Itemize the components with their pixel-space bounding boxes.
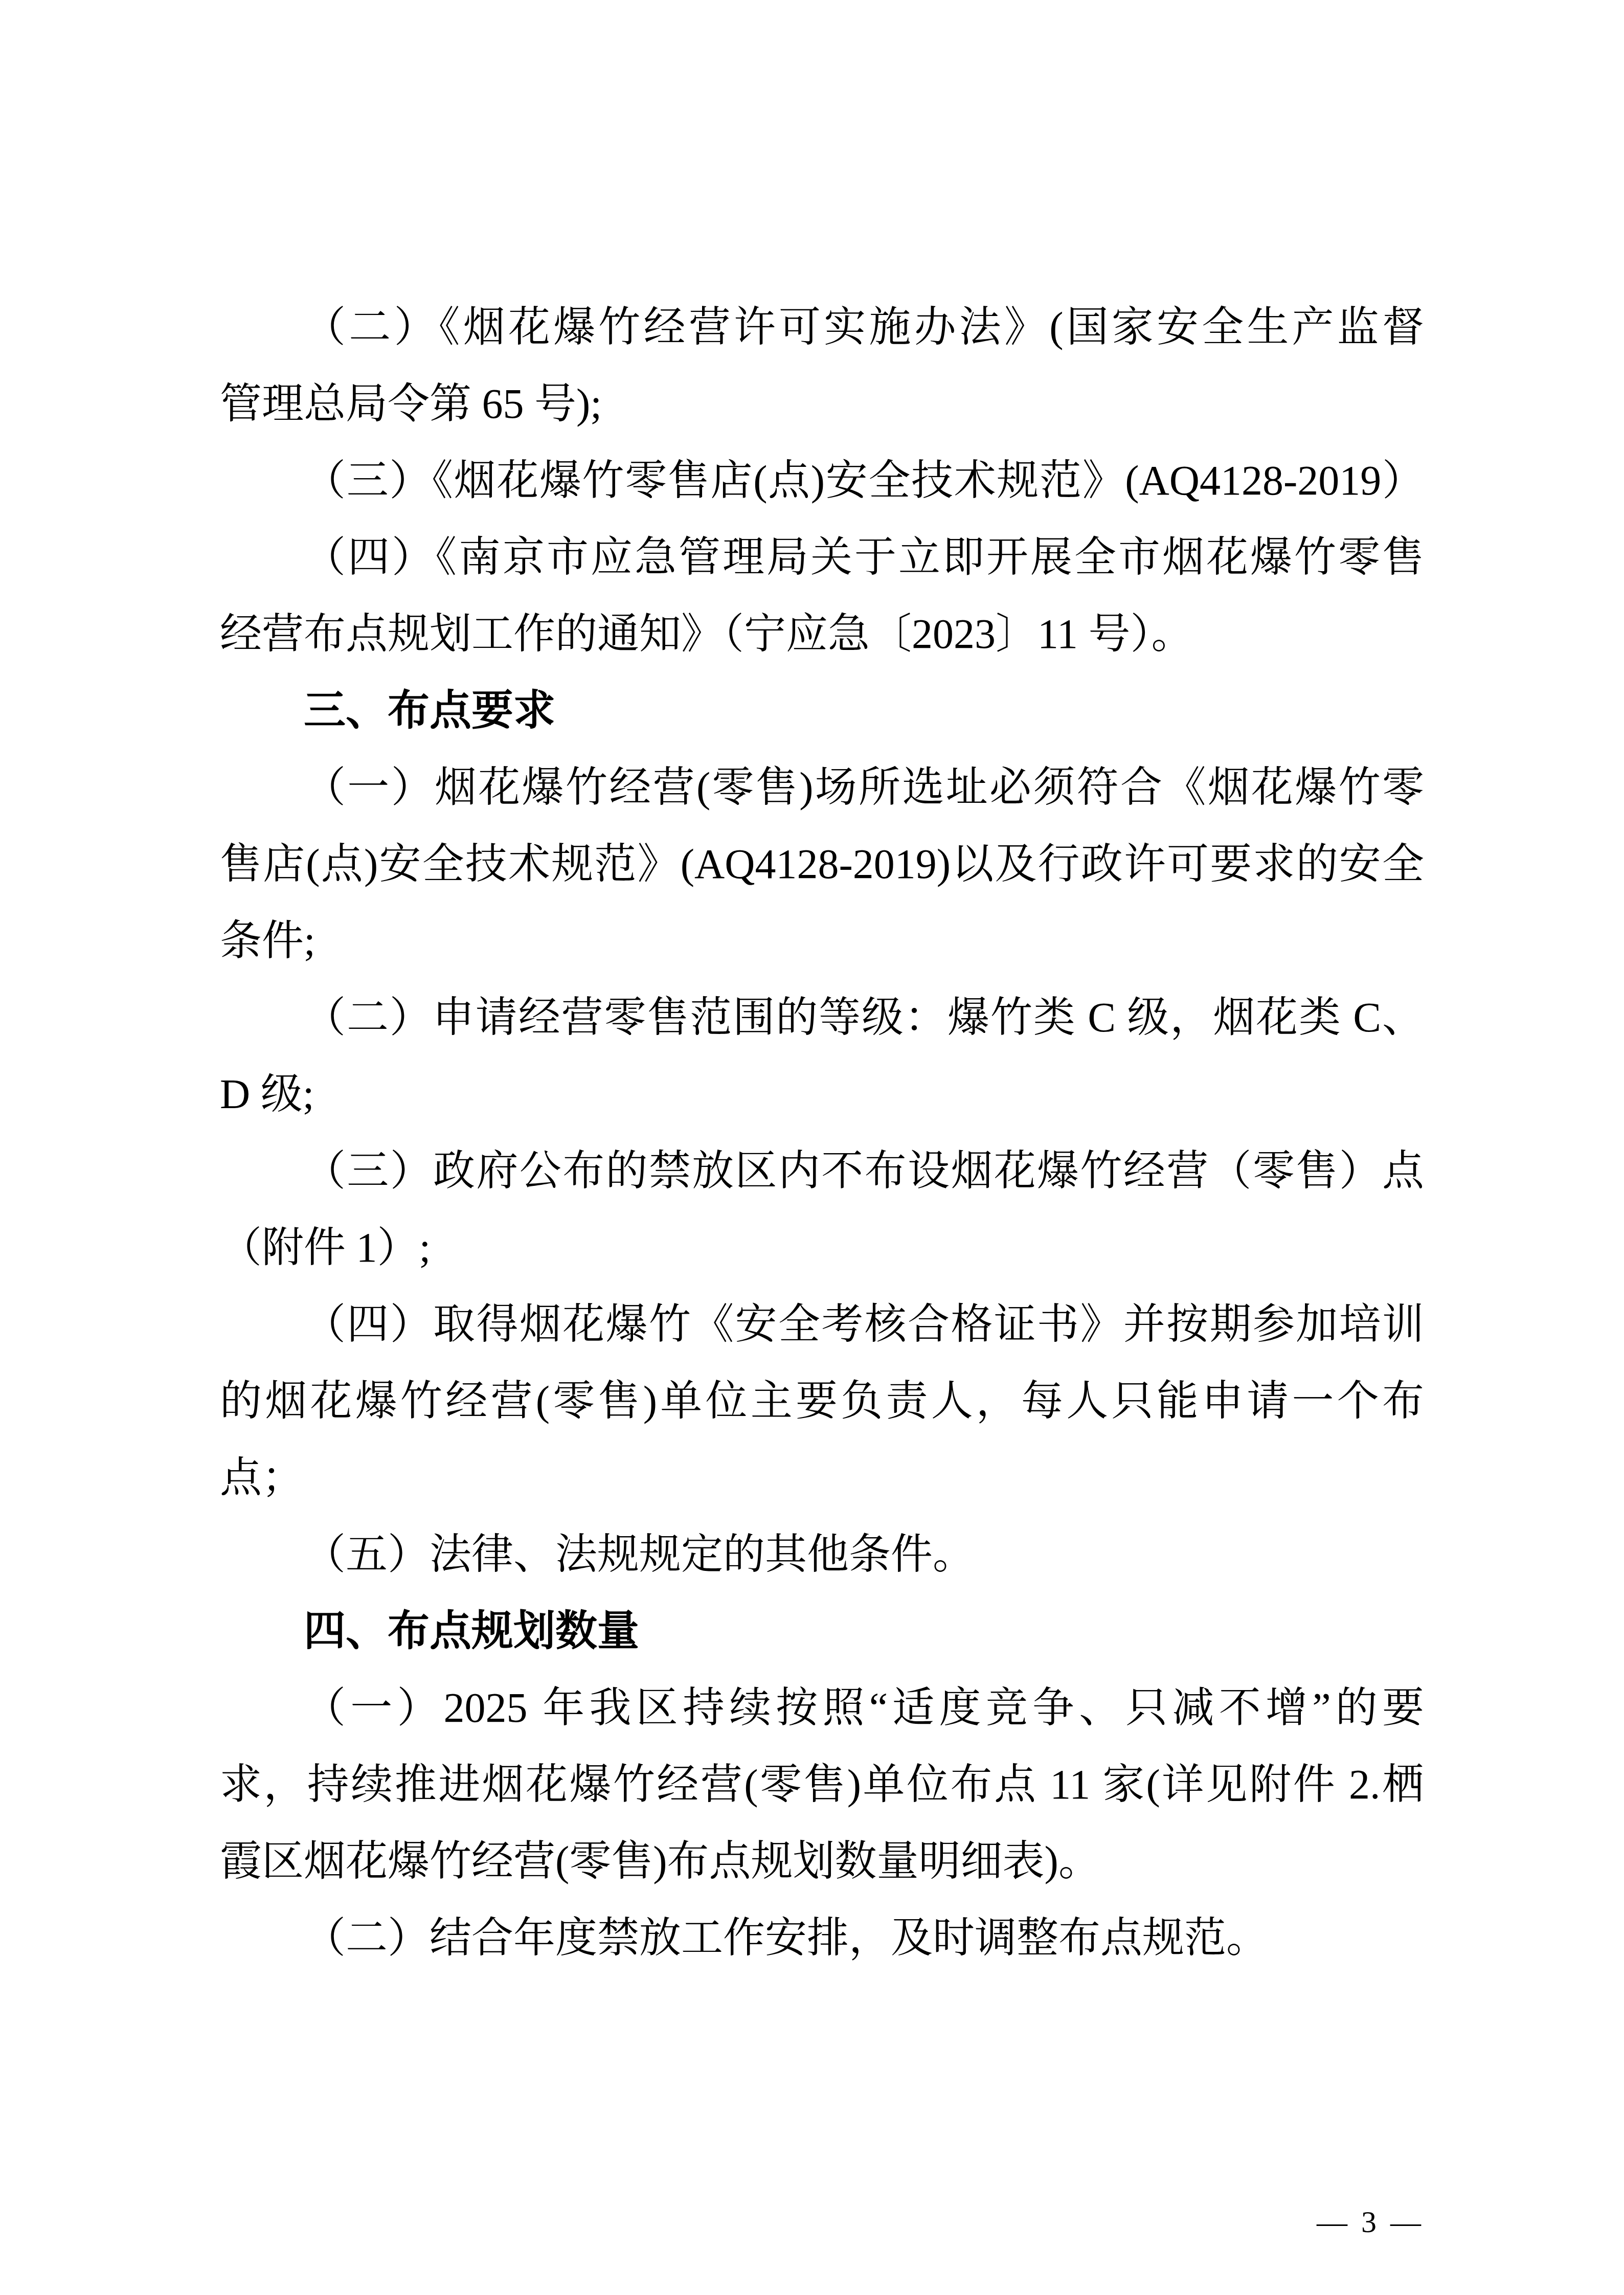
text-line: （一）2025 年我区持续按照“适度竞争、只减不增”的要 <box>220 1670 1424 1746</box>
text-line: D 级; <box>220 1056 1424 1133</box>
section-heading-4: 四、布点规划数量 <box>220 1593 1424 1670</box>
text-line: 点； <box>220 1439 1424 1516</box>
text-line: （二）结合年度禁放工作安排，及时调整布点规范。 <box>220 1900 1424 1976</box>
text-line: （附件 1）; <box>220 1209 1424 1286</box>
document-page: （二）《烟花爆竹经营许可实施办法》(国家安全生产监督 管理总局令第 65 号);… <box>0 0 1624 2295</box>
section-heading-3: 三、布点要求 <box>220 672 1424 749</box>
text-line: 霞区烟花爆竹经营(零售)布点规划数量明细表)。 <box>220 1823 1424 1900</box>
text-line: 条件; <box>220 903 1424 979</box>
text-line: （三）《烟花爆竹零售店(点)安全技术规范》(AQ4128-2019） <box>220 442 1424 519</box>
document-body: （二）《烟花爆竹经营许可实施办法》(国家安全生产监督 管理总局令第 65 号);… <box>220 289 1424 1976</box>
text-line: （二）《烟花爆竹经营许可实施办法》(国家安全生产监督 <box>220 289 1424 366</box>
text-line: 经营布点规划工作的通知》（宁应急〔2023〕11 号）。 <box>220 596 1424 672</box>
text-line: 管理总局令第 65 号); <box>220 366 1424 442</box>
text-line: 售店(点)安全技术规范》(AQ4128-2019)以及行政许可要求的安全 <box>220 826 1424 903</box>
text-line: （一）烟花爆竹经营(零售)场所选址必须符合《烟花爆竹零 <box>220 749 1424 826</box>
text-line: （四）《南京市应急管理局关于立即开展全市烟花爆竹零售 <box>220 519 1424 596</box>
text-line: （四）取得烟花爆竹《安全考核合格证书》并按期参加培训 <box>220 1286 1424 1363</box>
text-line: （五）法律、法规规定的其他条件。 <box>220 1516 1424 1593</box>
text-line: 的烟花爆竹经营(零售)单位主要负责人，每人只能申请一个布 <box>220 1363 1424 1439</box>
text-line: （二）申请经营零售范围的等级：爆竹类 C 级，烟花类 C、 <box>220 979 1424 1056</box>
text-line: （三）政府公布的禁放区内不布设烟花爆竹经营（零售）点 <box>220 1133 1424 1209</box>
page-number: — 3 — <box>1317 2205 1424 2239</box>
text-line: 求，持续推进烟花爆竹经营(零售)单位布点 11 家(详见附件 2.栖 <box>220 1746 1424 1823</box>
